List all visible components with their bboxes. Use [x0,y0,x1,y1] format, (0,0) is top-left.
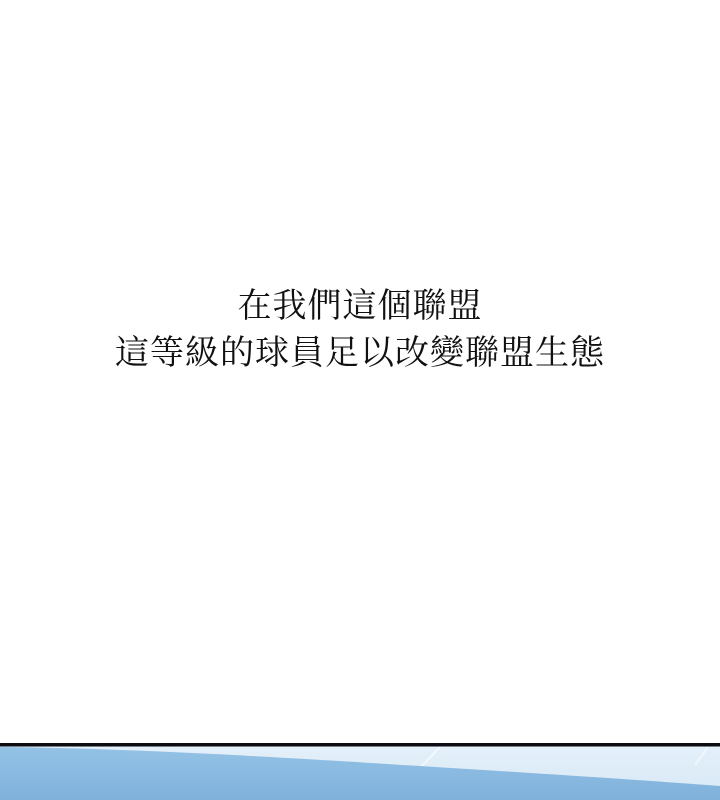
caption-line-2: 這等級的球員足以改變聯盟生態 [0,330,720,377]
next-panel-preview [0,743,720,800]
next-panel-art [0,743,720,800]
panel-divider-rule [0,743,720,747]
caption-block: 在我們這個聯盟 這等級的球員足以改變聯盟生態 [0,283,720,377]
caption-line-1: 在我們這個聯盟 [0,283,720,330]
comic-page: 在我們這個聯盟 這等級的球員足以改變聯盟生態 [0,0,720,800]
